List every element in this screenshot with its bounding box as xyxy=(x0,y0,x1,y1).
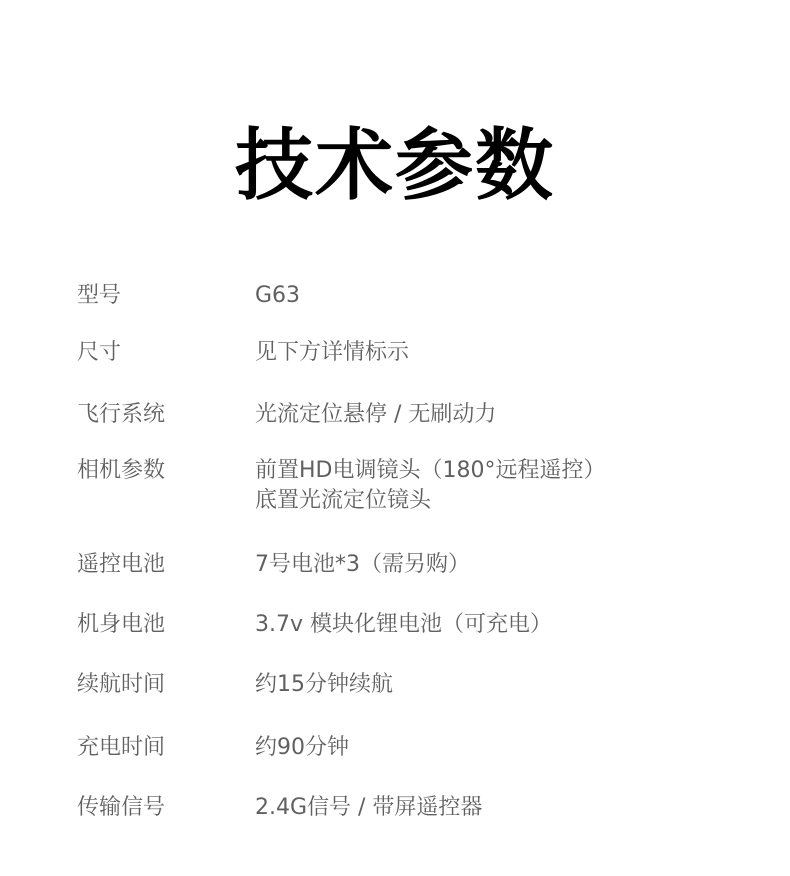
spec-value-line: 2.4G信号 / 带屏遥控器 xyxy=(255,793,482,823)
page-title: 技术参数 xyxy=(0,118,790,214)
spec-value-line: 约15分钟续航 xyxy=(255,670,393,700)
spec-label: 充电时间 xyxy=(77,733,165,763)
spec-label: 遥控电池 xyxy=(77,550,165,580)
spec-value: 光流定位悬停 / 无刷动力 xyxy=(255,400,496,430)
spec-label: 机身电池 xyxy=(77,610,165,640)
spec-value: 约90分钟 xyxy=(255,733,349,763)
spec-label: 续航时间 xyxy=(77,670,165,700)
spec-label: 尺寸 xyxy=(77,338,121,368)
spec-value-line: 7号电池*3（需另购） xyxy=(255,550,470,580)
spec-value-line: G63 xyxy=(255,281,300,311)
spec-value-line: 光流定位悬停 / 无刷动力 xyxy=(255,400,496,430)
spec-value-line: 底置光流定位镜头 xyxy=(255,486,605,516)
spec-value-line: 前置HD电调镜头（180°远程遥控） xyxy=(255,456,605,486)
spec-label: 传输信号 xyxy=(77,793,165,823)
spec-value: 约15分钟续航 xyxy=(255,670,393,700)
spec-value-line: 3.7v 模块化锂电池（可充电） xyxy=(255,610,552,640)
spec-value-line: 约90分钟 xyxy=(255,733,349,763)
spec-value-line: 见下方详情标示 xyxy=(255,338,409,368)
spec-value: G63 xyxy=(255,281,300,311)
spec-label: 型号 xyxy=(77,281,121,311)
spec-value: 7号电池*3（需另购） xyxy=(255,550,470,580)
spec-value: 2.4G信号 / 带屏遥控器 xyxy=(255,793,482,823)
spec-label: 飞行系统 xyxy=(77,400,165,430)
spec-label: 相机参数 xyxy=(77,456,165,486)
spec-value: 前置HD电调镜头（180°远程遥控） 底置光流定位镜头 xyxy=(255,456,605,516)
spec-value: 见下方详情标示 xyxy=(255,338,409,368)
spec-value: 3.7v 模块化锂电池（可充电） xyxy=(255,610,552,640)
